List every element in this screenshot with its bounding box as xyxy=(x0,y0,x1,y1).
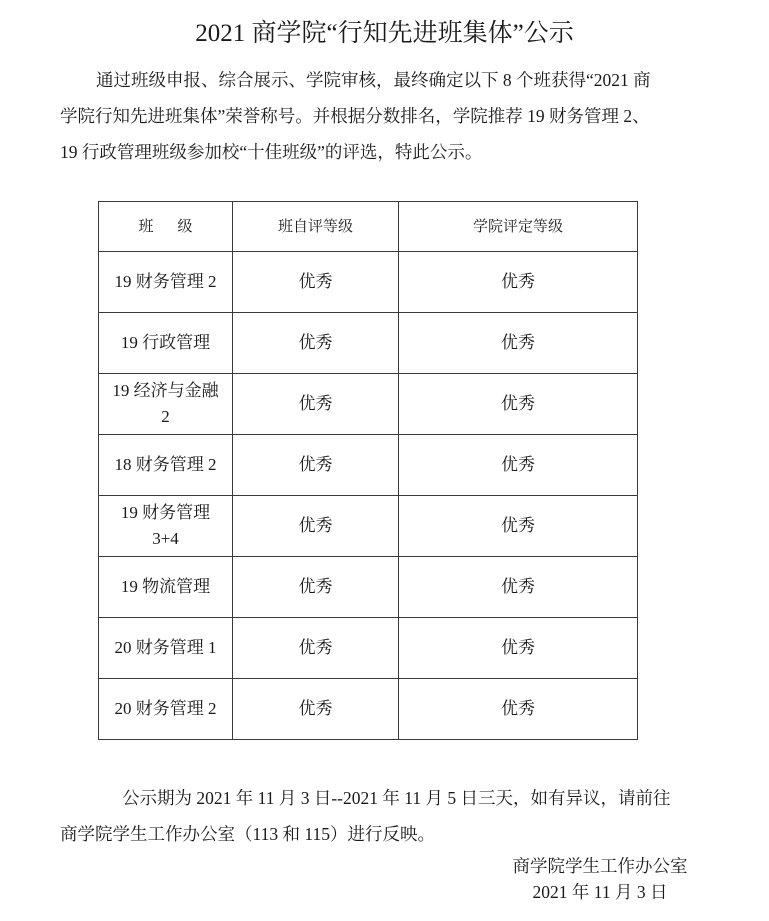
table-row: 20 财务管理 1 优秀 优秀 xyxy=(99,618,638,679)
cell-college-rating: 优秀 xyxy=(399,557,638,618)
class-name: 20 财务管理 2 xyxy=(103,696,228,722)
header-class-part2: 级 xyxy=(178,219,193,235)
signature-date: 2021 年 11 月 3 日 xyxy=(480,879,720,905)
table-header-row: 班级 班自评等级 学院评定等级 xyxy=(99,202,638,252)
intro-line: 学院行知先进班集体”荣誉称号。并根据分数排名，学院推荐 19 财务管理 2、 xyxy=(60,98,720,134)
footer-line: 商学院学生工作办公室（113 和 115）进行反映。 xyxy=(60,816,720,852)
cell-self-rating: 优秀 xyxy=(233,679,399,740)
cell-self-rating: 优秀 xyxy=(233,618,399,679)
table-row: 19 财务管理3+4 优秀 优秀 xyxy=(99,496,638,557)
cell-class: 20 财务管理 1 xyxy=(99,618,233,679)
cell-self-rating: 优秀 xyxy=(233,557,399,618)
intro-line: 19 行政管理班级参加校“十佳班级”的评选，特此公示。 xyxy=(60,134,720,170)
cell-self-rating: 优秀 xyxy=(233,252,399,313)
cell-college-rating: 优秀 xyxy=(399,679,638,740)
header-college-rating: 学院评定等级 xyxy=(399,202,638,252)
signature-block: 商学院学生工作办公室 2021 年 11 月 3 日 xyxy=(480,853,720,905)
class-name: 18 财务管理 2 xyxy=(103,452,228,478)
table-row: 20 财务管理 2 优秀 优秀 xyxy=(99,679,638,740)
cell-class: 18 财务管理 2 xyxy=(99,435,233,496)
header-self-rating: 班自评等级 xyxy=(233,202,399,252)
cell-college-rating: 优秀 xyxy=(399,618,638,679)
footer-line: 公示期为 2021 年 11 月 3 日--2021 年 11 月 5 日三天，… xyxy=(60,780,720,816)
cell-college-rating: 优秀 xyxy=(399,313,638,374)
class-name: 19 财务管理 2 xyxy=(103,269,228,295)
signature-office: 商学院学生工作办公室 xyxy=(480,853,720,879)
header-class-part1: 班 xyxy=(138,219,153,235)
cell-class: 19 财务管理 2 xyxy=(99,252,233,313)
cell-class: 19 经济与金融2 xyxy=(99,374,233,435)
class-name: 20 财务管理 1 xyxy=(103,635,228,661)
header-class: 班级 xyxy=(99,202,233,252)
class-name: 19 经济与金融 xyxy=(103,378,228,404)
intro-line: 通过班级申报、综合展示、学院审核，最终确定以下 8 个班获得“2021 商 xyxy=(60,62,720,98)
table-row: 19 财务管理 2 优秀 优秀 xyxy=(99,252,638,313)
cell-college-rating: 优秀 xyxy=(399,252,638,313)
class-name: 19 物流管理 xyxy=(103,574,228,600)
class-name: 19 行政管理 xyxy=(103,330,228,356)
class-name-cont: 3+4 xyxy=(103,526,228,552)
cell-class: 19 物流管理 xyxy=(99,557,233,618)
table-row: 19 物流管理 优秀 优秀 xyxy=(99,557,638,618)
intro-paragraph: 通过班级申报、综合展示、学院审核，最终确定以下 8 个班获得“2021 商 学院… xyxy=(60,62,720,170)
footer-paragraph: 公示期为 2021 年 11 月 3 日--2021 年 11 月 5 日三天，… xyxy=(60,780,720,852)
class-ratings-table: 班级 班自评等级 学院评定等级 19 财务管理 2 优秀 优秀 19 行政管理 … xyxy=(98,201,638,740)
cell-class: 19 行政管理 xyxy=(99,313,233,374)
cell-self-rating: 优秀 xyxy=(233,435,399,496)
table-row: 18 财务管理 2 优秀 优秀 xyxy=(99,435,638,496)
cell-self-rating: 优秀 xyxy=(233,313,399,374)
class-name-cont: 2 xyxy=(103,404,228,430)
cell-self-rating: 优秀 xyxy=(233,374,399,435)
cell-class: 20 财务管理 2 xyxy=(99,679,233,740)
cell-college-rating: 优秀 xyxy=(399,374,638,435)
cell-self-rating: 优秀 xyxy=(233,496,399,557)
table-row: 19 行政管理 优秀 优秀 xyxy=(99,313,638,374)
table-row: 19 经济与金融2 优秀 优秀 xyxy=(99,374,638,435)
cell-college-rating: 优秀 xyxy=(399,496,638,557)
notice-title: 2021 商学院“行知先进班集体”公示 xyxy=(0,18,769,50)
class-name: 19 财务管理 xyxy=(103,500,228,526)
cell-college-rating: 优秀 xyxy=(399,435,638,496)
cell-class: 19 财务管理3+4 xyxy=(99,496,233,557)
